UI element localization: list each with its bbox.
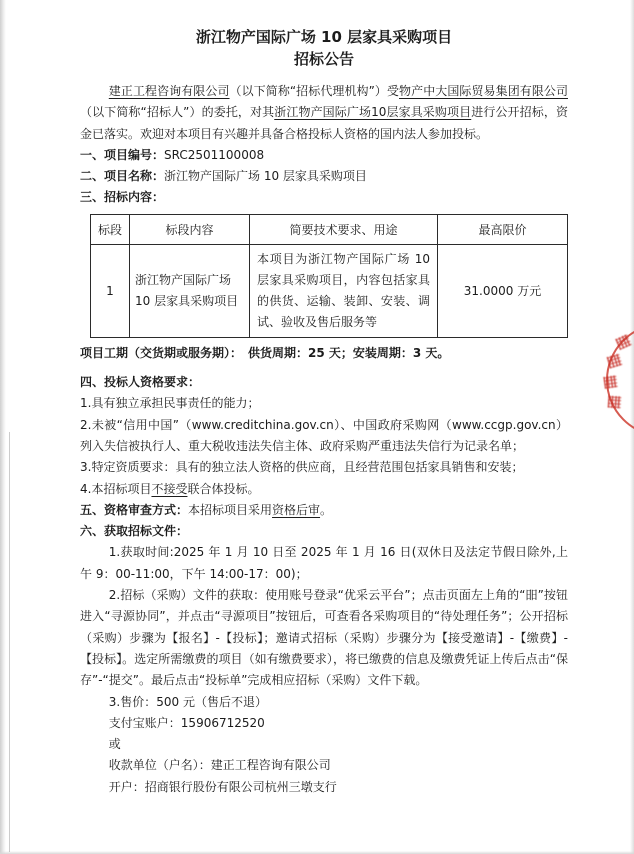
project-name-label: 二、项目名称： [80, 169, 164, 183]
review-method-underlined: 资格后审 [272, 503, 320, 517]
col-header-price: 最高限价 [438, 214, 568, 244]
project-number-label: 一、项目编号： [80, 148, 164, 162]
review-text-pre: 本招标项目采用 [188, 503, 272, 517]
bid-content-label: 三、招标内容： [80, 190, 164, 204]
project-name: 浙江物产国际广场10层家具采购项目 [274, 105, 471, 119]
seal-character-mark [603, 375, 618, 389]
qualification-item-2: 2.未被“信用中国”（www.creditchina.gov.cn）、中国政府采… [80, 415, 568, 458]
col-header-content: 标段内容 [130, 214, 250, 244]
bid-lots-table: 标段 标段内容 简要技术要求、用途 最高限价 1 浙江物产国际广场 10 层家具… [90, 214, 568, 338]
or-text: 或 [80, 734, 568, 755]
table-header-row: 标段 标段内容 简要技术要求、用途 最高限价 [91, 214, 568, 244]
col-header-lot: 标段 [91, 214, 130, 244]
section-bidder-qualifications: 四、投标人资格要求： [80, 372, 568, 393]
bank-info: 开户：招商银行股份有限公司杭州三墩支行 [80, 777, 568, 798]
agency-name: 建正工程咨询有限公司 [109, 84, 230, 98]
intro-text-2: （以下简称“招标人”）的委托，对其 [80, 105, 274, 119]
section-project-number: 一、项目编号：SRC2501100008 [80, 145, 568, 166]
section-project-name: 二、项目名称：浙江物产国际广场 10 层家具采购项目 [80, 166, 568, 187]
review-label: 五、资格审查方式： [80, 503, 188, 517]
project-name-value: 浙江物产国际广场 10 层家具采购项目 [164, 169, 367, 183]
cell-lot-content: 浙江物产国际广场 10 层家具采购项目 [130, 244, 250, 337]
document-price: 3.售价：500 元（售后不退） [80, 692, 568, 713]
cell-tech-requirements: 本项目为浙江物产国际广场 10 层家具采购项目，内容包括家具的供货、运输、装卸、… [250, 244, 438, 337]
section-bid-content: 三、招标内容： [80, 187, 568, 208]
tender-announcement-document: 浙江物产国际广场 10 层家具采购项目 招标公告 建正工程咨询有限公司（以下简称… [0, 0, 634, 798]
item4-text-pre: 4.本招标项目 [80, 482, 151, 496]
obtain-time: 1.获取时间:2025 年 1 月 10 日至 2025 年 1 月 16 日(… [80, 542, 568, 585]
doc-subtitle: 招标公告 [80, 48, 568, 70]
alipay-account: 支付宝账户：15906712520 [80, 713, 568, 734]
cell-lot-number: 1 [91, 244, 130, 337]
intro-paragraph: 建正工程咨询有限公司（以下简称“招标代理机构”）受物产中大国际贸易集团有限公司（… [80, 81, 568, 145]
qualification-item-4: 4.本招标项目不接受联合体投标。 [80, 479, 568, 500]
section-obtain-documents: 六、获取招标文件： [80, 521, 568, 542]
doc-title: 浙江物产国际广场 10 层家具采购项目 [80, 26, 568, 48]
seal-character-mark [608, 396, 622, 409]
project-number-value: SRC2501100008 [164, 148, 264, 162]
item4-text-post: 联合体投标。 [187, 482, 259, 496]
owner-name: 物产中大国际贸易集团有限公司 [399, 84, 568, 98]
payee-name: 收款单位（户名）：建正工程咨询有限公司 [80, 755, 568, 776]
obtain-method: 2.招标（采购）文件的获取：使用账号登录“优采云平台”；点击页面左上角的“昍”按… [80, 585, 568, 691]
intro-text-1: （以下简称“招标代理机构”）受 [230, 84, 400, 98]
item4-underlined: 不接受 [151, 482, 187, 496]
col-header-tech: 简要技术要求、用途 [250, 214, 438, 244]
qualification-item-3: 3.特定资质要求：具有的独立法人资格的供应商，且经营范围包括家具销售和安装； [80, 457, 568, 478]
review-text-post: 。 [320, 503, 332, 517]
section-qualification-review: 五、资格审查方式：本招标项目采用资格后审。 [80, 500, 568, 521]
project-duration-line: 项目工期（交货期或服务期）： 供货周期：25 天；安装周期：3 天。 [80, 343, 568, 364]
table-row: 1 浙江物产国际广场 10 层家具采购项目 本项目为浙江物产国际广场 10 层家… [91, 244, 568, 337]
qualification-item-1: 1.具有独立承担民事责任的能力； [80, 393, 568, 414]
cell-max-price: 31.0000 万元 [438, 244, 568, 337]
